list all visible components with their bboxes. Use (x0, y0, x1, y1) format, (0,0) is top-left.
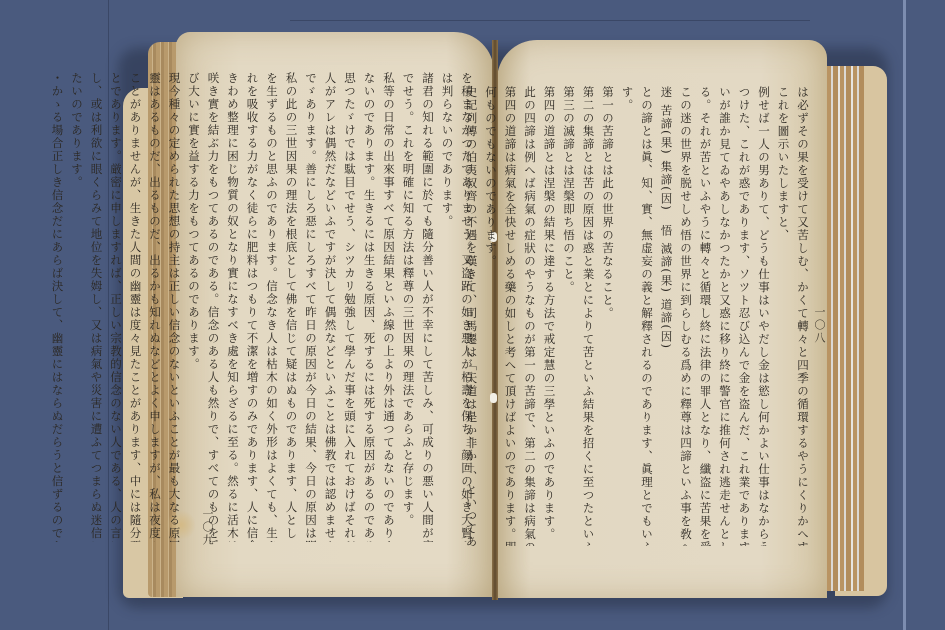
text-column: との諦とは眞、知、實、無虚妄の義と解釋されるのであります、眞理とでもいふべき事で… (637, 86, 657, 546)
text-column: いが誰か見てゐやあしなかつたかと又惑に移り終に警官に推何され逃走せんとして格鬪す… (715, 86, 735, 546)
text-column: 此の四諦は例へば病氣の症狀のやうなものが第一の苦諦で、第二の集諦は病氣の原因の如… (520, 86, 540, 546)
open-book-photo: を積まなかつたでありませう。又盗跖の如き悪人が栢壽を保ち、顔回の如き大賢が不幸短… (0, 0, 945, 630)
text-column: ことがありませんが、生きた人間の幽靈は度々見たことがあります、中には隨分惡意のも… (125, 72, 145, 542)
text-column: 靈はあるものだ、出るものだ、出るかも知れぬなどとよく申しますが、私は夜度々歩きま… (145, 72, 165, 542)
text-column: この迷の世界を脱せしめ悟の世界に到らしむる爲めに釋尊は四諦といふ事を敎へられてあ… (676, 86, 696, 546)
text-column: 諸君の知れる範圍に於ても隨分善い人が不幸にして苦しみ、可成りの悪い人間が案外幸福… (418, 72, 438, 542)
text-column: とであります。厳密に申しますれば、正しい宗教的信念のない人である、人の言に左右さ… (106, 72, 126, 542)
text-column: れを吸收する力がなく徒らに肥料はつもりて不潔を増すのみであります、人に信念なくば… (242, 72, 262, 542)
text-column: 第一の苦諦とは此の世界の苦なること。 (598, 86, 618, 546)
text-column: 第三の滅諦とは涅槃即ち悟のこと。 (559, 86, 579, 546)
text-column: 第二の集諦とは苦の原因は惑と業とによりて苦といふ結果を招くに至つたといふこと。 (578, 86, 598, 546)
text-column: を生ずるものと思ふのであります。信念なき人は枯木の如く外形はよくても、生きてゐな… (262, 72, 282, 542)
page-number-right: 一〇八 (811, 306, 827, 345)
text-column: び大いに實を益する力をもつてあるのであります。 (184, 72, 204, 542)
background-edge-strip (903, 0, 906, 630)
text-column: し、或は利欲に眼くらみて地位を失姆し、又は病氣や災害に遭ふてつまらぬ迷信に陥るな… (86, 72, 106, 542)
text-column: る。それが苦といふやうに轉々と循環し終に法律の罪人となり、纖盗に苦果を受くるので… (695, 86, 715, 546)
text-column: ないのであります。生きるには生きる原因、死するには死する原因があるのである。例せ… (359, 72, 379, 542)
text-column: 現今種々の定められた思想の持主は正しい信念のないといふことが最も大なる原因ではな… (164, 72, 184, 542)
text-column: 咲き實を結ぶ力をもつてあるのである。信念のある人も然りで、すべてのものを淨化し以… (203, 72, 223, 542)
text-column: でせう。これを明確に知る方法は釋尊の三世因果の理法であらふと存じます。 (398, 72, 418, 542)
background-seam (290, 20, 810, 21)
text-column: 思つたゞけでは駄目でせう、シツカリ勉強して學んだ事を頭に入れておけばそれが原因で… (340, 72, 360, 542)
text-column: 第四の道諦とは涅槃の結果に達する方法で戒定慧の三學といふのであります。 (539, 86, 559, 546)
text-column: つけた、これが惑であります、ソツト忍び込んで金を盗んだ、これ業でありますその擧動… (734, 86, 754, 546)
four-truths-diagram: 迷 苦諦(果) 集諦(因) 悟 滅諦(果) 道諦(因) (656, 86, 676, 546)
text-column: きわめ整理に困じ物質の奴となり實になすべき處を知らざるに至る。然るに活木は肥料を… (223, 72, 243, 542)
text-column: たいのであります。 (67, 72, 87, 542)
text-column: は判らないのであります。 (437, 72, 457, 542)
text-column: ・かゝる場合正しき信念だにあらば決して、幽靈にはならぬだらうと信ずるのであります… (47, 72, 67, 542)
text-column: 人がアレは偶然だなどいふですが決して偶然などといふことは佛教では認めません、たゞ… (320, 72, 340, 542)
text-column: これを圖示いたしますと、 (773, 86, 793, 546)
text-column: は必ずその果を受けて又苦しむ、かくて轉々と四季の循環するやうにくりかへす事を佛教… (793, 86, 813, 546)
text-column: 史記列傳の伯夷叔齊の不遇を嘆きて、司馬遷は「天道は是か非か」、といつてあります、… (461, 86, 481, 546)
text-column: 例せば一人の男ありて、どうも仕事はいやだし金は慾し何かよい仕事はなからうかと考へ… (754, 86, 774, 546)
text-column: 何ものでもないのであります。 (481, 86, 501, 546)
text-column: す。 (617, 86, 637, 546)
text-column: でゞあります。善にしろ惡にしろすべて昨日の原因が今日の結果、今日の原因は明日の結… (301, 72, 321, 542)
left-page-text: を積まなかつたでありませう。又盗跖の如き悪人が栢壽を保ち、顔回の如き大賢が不幸短… (206, 72, 476, 542)
text-column: 私等の日常の出來事すべて原因結果といふ線の上より外は通つてゐないのであります、要… (379, 72, 399, 542)
text-column: 第四の道諦は病氣を全快せしめる藥の如しと考へて頂けばよいのであります。即ち病むも… (500, 86, 520, 546)
text-column: 私の此の三世因果の理法を根底として佛を信じて疑はぬものであります、人として正しき… (281, 72, 301, 542)
page-number-left: 一〇九 (199, 508, 215, 547)
right-page-text: は必ずその果を受けて又苦しむ、かくて轉々と四季の循環するやうにくりかへす事を佛教… (512, 86, 812, 546)
